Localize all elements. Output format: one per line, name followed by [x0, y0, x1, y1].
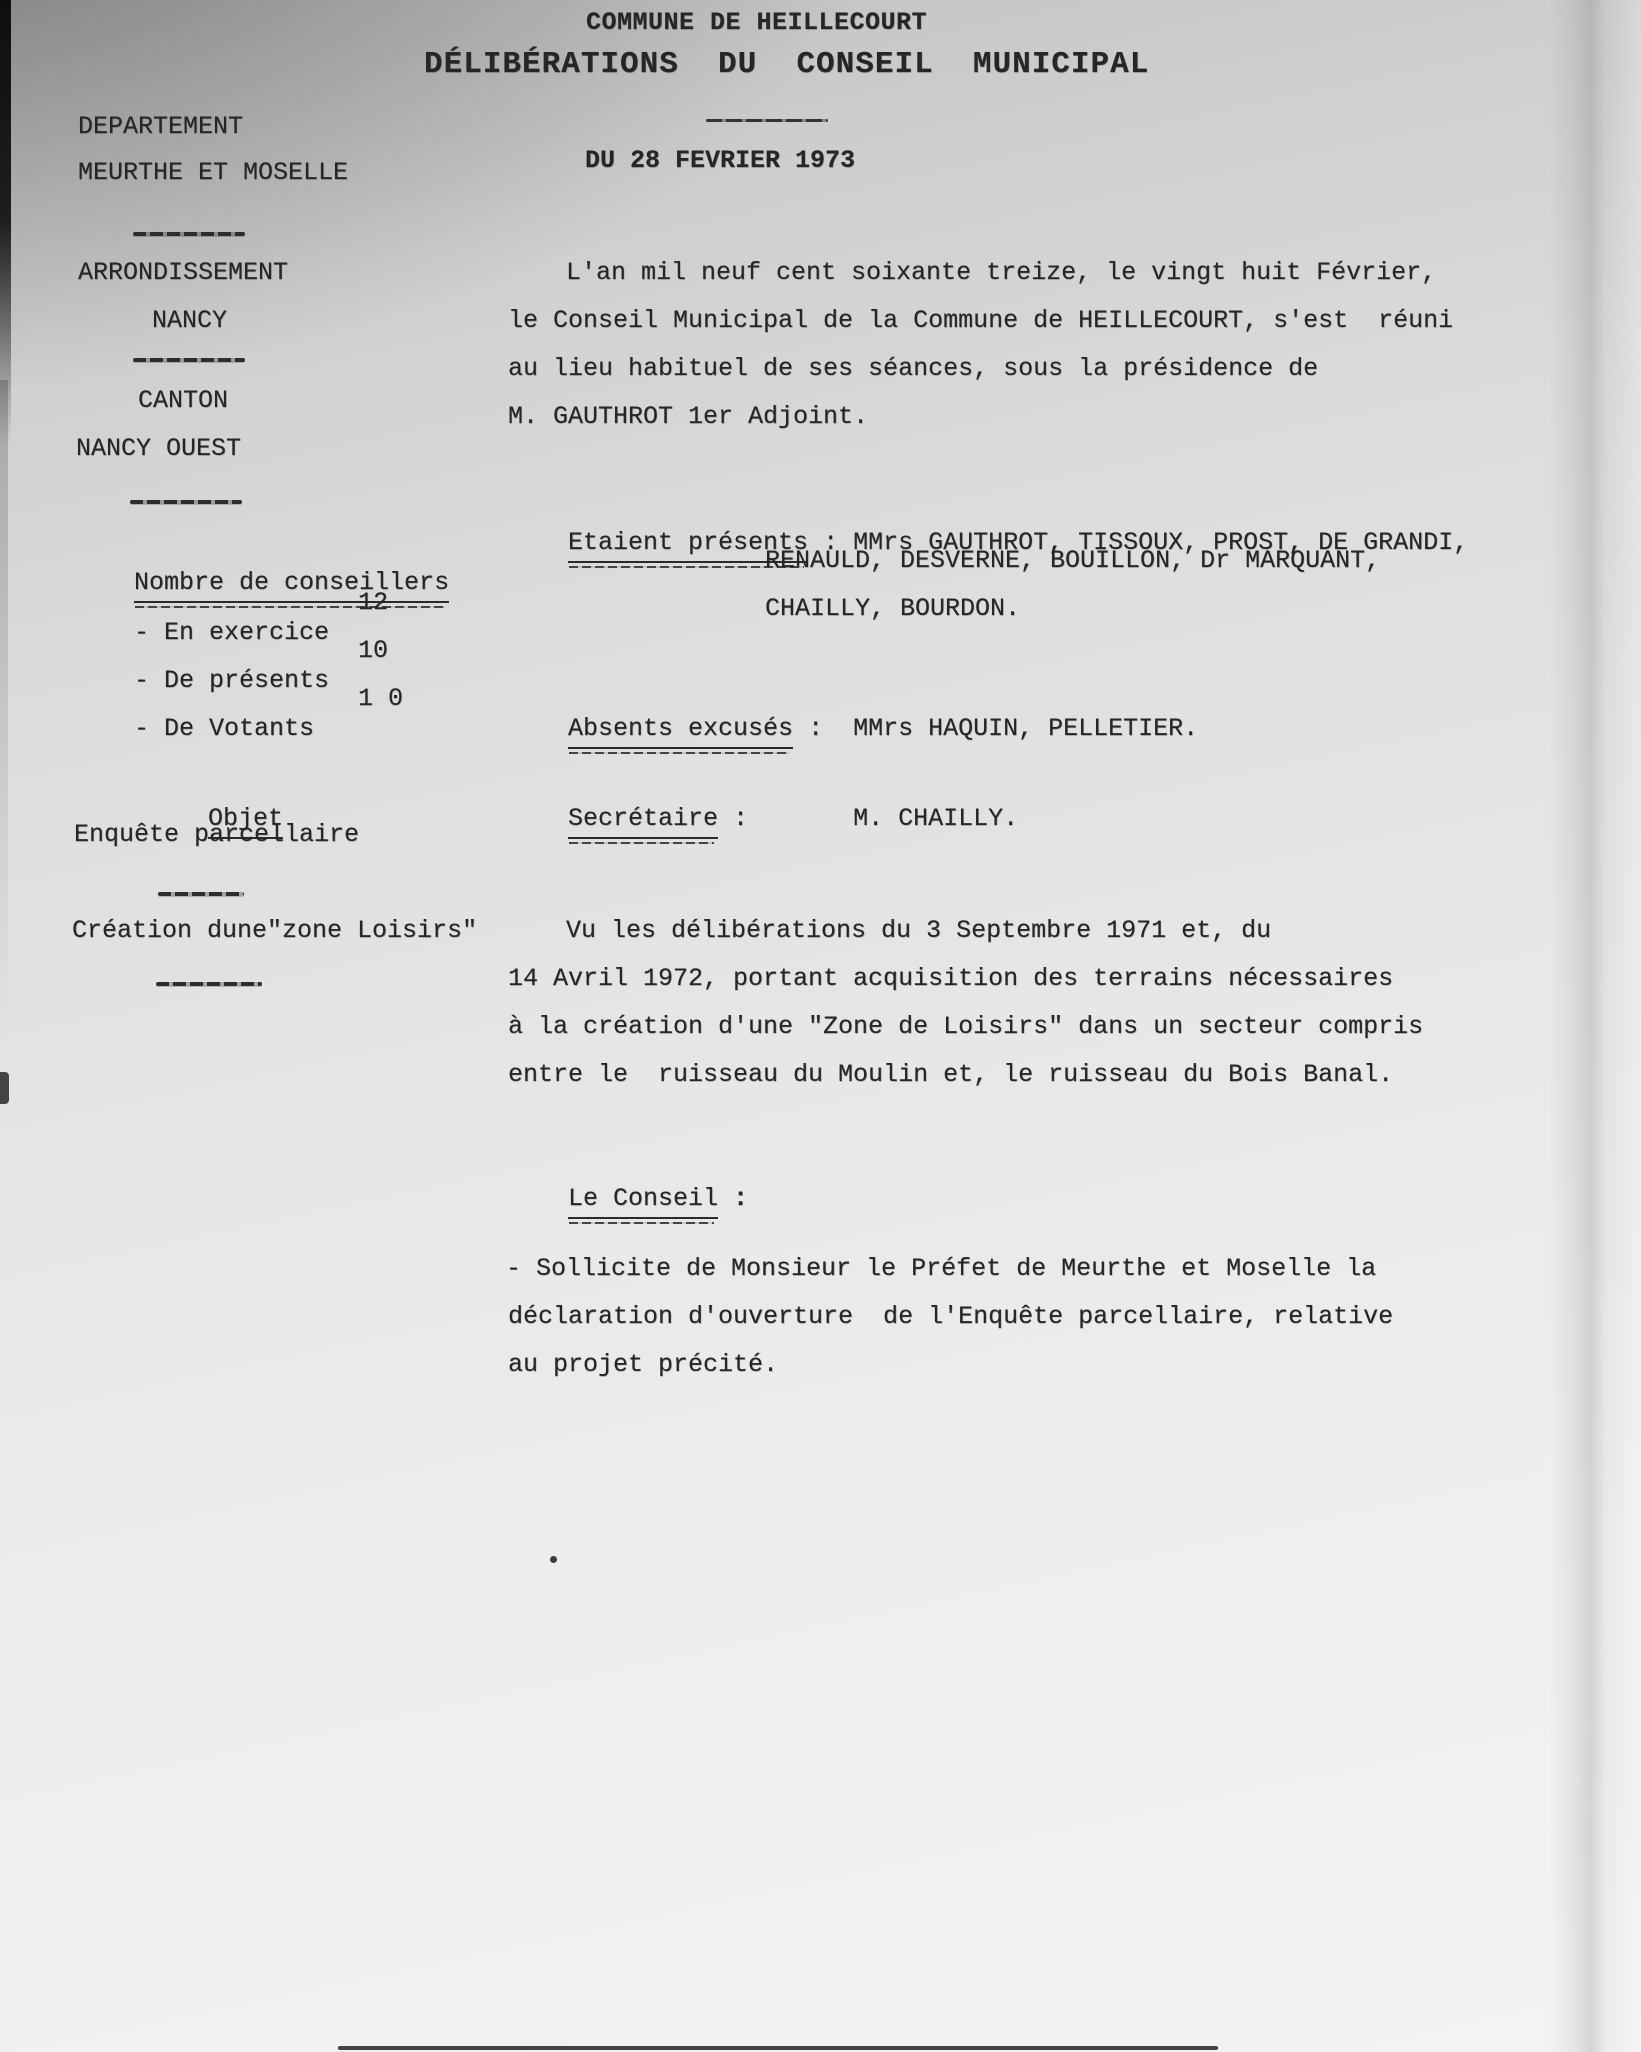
- main-title: DÉLIBÉRATIONS DU CONSEIL MUNICIPAL: [424, 50, 1149, 80]
- session-date: DU 28 FEVRIER 1973: [585, 146, 855, 176]
- absents-line: Absents excusés : MMrs HAQUIN, PELLETIER…: [508, 684, 1198, 779]
- page-fold-shadow: [1548, 0, 1641, 2052]
- dash-separator: [156, 982, 262, 986]
- absents-label: Absents excusés: [568, 714, 793, 749]
- arrondissement-value: NANCY: [152, 306, 227, 336]
- secretaire-name: M. CHAILLY.: [853, 804, 1018, 833]
- paragraph-line: M. GAUTHROT 1er Adjoint.: [508, 402, 868, 432]
- arrondissement-label: ARRONDISSEMENT: [78, 258, 288, 288]
- dash-separator: [133, 358, 245, 362]
- paragraph-line: au lieu habituel de ses séances, sous la…: [508, 354, 1318, 384]
- paragraph-line: entre le ruisseau du Moulin et, le ruiss…: [508, 1060, 1393, 1090]
- departement-value: MEURTHE ET MOSELLE: [78, 158, 348, 188]
- objet-value: Enquête parcellaire: [74, 820, 359, 850]
- paragraph-line: déclaration d'ouverture de l'Enquête par…: [508, 1302, 1393, 1332]
- absents-names: MMrs HAQUIN, PELLETIER.: [853, 714, 1198, 743]
- departement-label: DEPARTEMENT: [78, 112, 243, 142]
- canton-label: CANTON: [138, 386, 228, 416]
- left-edge-mark: [0, 1072, 9, 1104]
- secretaire-label: Secrétaire: [568, 804, 718, 839]
- presents-names: CHAILLY, BOURDON.: [765, 594, 1020, 624]
- bottom-scan-line: [338, 2046, 1218, 2050]
- presents-names: RENAULD, DESVERNE, BOUILLON, Dr MARQUANT…: [765, 546, 1380, 576]
- dash-separator: [130, 500, 242, 504]
- counsellor-value: 1 0: [358, 684, 403, 714]
- paragraph-line: L'an mil neuf cent soixante treize, le v…: [566, 258, 1436, 288]
- secretaire-separator: :: [718, 804, 853, 833]
- dash-separator: [158, 892, 244, 896]
- absents-separator: :: [793, 714, 853, 743]
- canton-value: NANCY OUEST: [76, 434, 241, 464]
- stray-ink-dot: [550, 1556, 557, 1563]
- conseil-colon: :: [718, 1184, 748, 1213]
- paragraph-line: 14 Avril 1972, portant acquisition des t…: [508, 964, 1393, 994]
- paragraph-line: le Conseil Municipal de la Commune de HE…: [508, 306, 1453, 336]
- counsellor-value: 12: [358, 588, 388, 618]
- objet-value-2: Création dune"zone Loisirs": [72, 916, 477, 946]
- secretaire-line: Secrétaire : M. CHAILLY.: [508, 774, 1018, 869]
- counsellor-label: - De Votants: [134, 714, 314, 743]
- dash-separator: [133, 232, 245, 236]
- title-underline: [706, 119, 828, 122]
- left-edge-scan-strip: [0, 0, 11, 445]
- conseil-heading-text: Le Conseil: [568, 1184, 718, 1219]
- scanned-document-page: COMMUNE DE HEILLECOURT DÉLIBÉRATIONS DU …: [0, 0, 1641, 2052]
- paragraph-line: - Sollicite de Monsieur le Préfet de Meu…: [506, 1254, 1376, 1284]
- conseil-heading: Le Conseil :: [508, 1154, 748, 1249]
- commune-title: COMMUNE DE HEILLECOURT: [586, 8, 927, 38]
- paragraph-line: à la création d'une "Zone de Loisirs" da…: [508, 1012, 1423, 1042]
- left-edge-shadow: [0, 380, 8, 1040]
- paragraph-line: Vu les délibérations du 3 Septembre 1971…: [566, 916, 1271, 946]
- paragraph-line: au projet précité.: [508, 1350, 778, 1380]
- counsellor-value: 10: [358, 636, 388, 666]
